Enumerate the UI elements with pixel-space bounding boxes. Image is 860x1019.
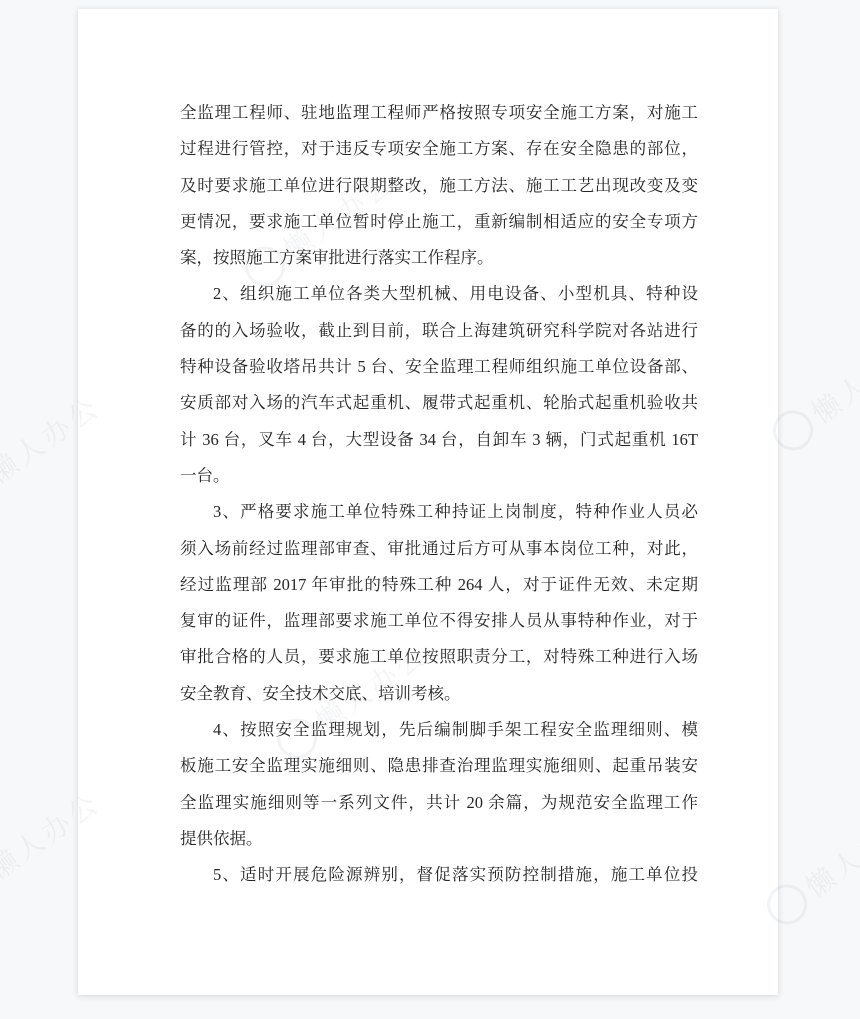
- text-line: 一台。: [180, 458, 698, 494]
- text-line: 3、严格要求施工单位特殊工种持证上岗制度，特种作业人员必: [180, 494, 698, 530]
- document-body: 全监理工程师、驻地监理工程师严格按照专项安全施工方案，对施工过程进行管控，对于违…: [180, 95, 698, 894]
- text-line: 4、按照安全监理规划，先后编制脚手架工程安全监理细则、模: [180, 712, 698, 748]
- paragraph: 全监理工程师、驻地监理工程师严格按照专项安全施工方案，对施工过程进行管控，对于违…: [180, 95, 698, 276]
- text-line: 特种设备验收塔吊共计 5 台、安全监理工程师组织施工单位设备部、: [180, 349, 698, 385]
- paragraph: 5、适时开展危险源辨别，督促落实预防控制措施，施工单位投: [180, 857, 698, 893]
- text-line: 板施工安全监理实施细则、隐患排查治理监理实施细则、起重吊装安: [180, 748, 698, 784]
- watermark-text: 懒人办公: [803, 326, 860, 432]
- text-line: 全监理工程师、驻地监理工程师严格按照专项安全施工方案，对施工: [180, 95, 698, 131]
- text-line: 2、组织施工单位各类大型机械、用电设备、小型机具、特种设: [180, 276, 698, 312]
- text-line: 计 36 台，叉车 4 台，大型设备 34 台，自卸车 3 辆，门式起重机 16…: [180, 422, 698, 458]
- watermark-text: 懒人办公: [797, 800, 860, 906]
- paragraph: 2、组织施工单位各类大型机械、用电设备、小型机具、特种设备的的入场验收，截止到目…: [180, 276, 698, 494]
- text-line: 过程进行管控，对于违反专项安全施工方案、存在安全隐患的部位，: [180, 131, 698, 167]
- text-line: 5、适时开展危险源辨别，督促落实预防控制措施，施工单位投: [180, 857, 698, 893]
- document-page: 全监理工程师、驻地监理工程师严格按照专项安全施工方案，对施工过程进行管控，对于违…: [78, 9, 778, 995]
- paragraph: 3、严格要求施工单位特殊工种持证上岗制度，特种作业人员必须入场前经过监理部审查、…: [180, 494, 698, 712]
- text-line: 须入场前经过监理部审查、审批通过后方可从事本岗位工种，对此，: [180, 531, 698, 567]
- text-line: 审批合格的人员，要求施工单位按照职责分工，对特殊工种进行入场: [180, 639, 698, 675]
- paragraph: 4、按照安全监理规划，先后编制脚手架工程安全监理细则、模板施工安全监理实施细则、…: [180, 712, 698, 857]
- text-line: 及时要求施工单位进行限期整改，施工方法、施工工艺出现改变及变: [180, 168, 698, 204]
- text-line: 更情况，要求施工单位暂时停止施工，重新编制相适应的安全专项方: [180, 204, 698, 240]
- text-line: 备的的入场验收，截止到目前，联合上海建筑研究科学院对各站进行: [180, 313, 698, 349]
- text-line: 安全教育、安全技术交底、培训考核。: [180, 676, 698, 712]
- text-line: 复审的证件，监理部要求施工单位不得安排人员从事特种作业，对于: [180, 603, 698, 639]
- screenshot-root: { "page": { "background": "#f7f8f9", "pa…: [0, 0, 860, 1019]
- text-line: 安质部对入场的汽车式起重机、履带式起重机、轮胎式起重机验收共: [180, 385, 698, 421]
- watermark: 懒人办公: [765, 326, 860, 459]
- text-line: 全监理实施细则等一系列文件，共计 20 余篇，为规范安全监理工作: [180, 785, 698, 821]
- text-line: 提供依据。: [180, 821, 698, 857]
- text-line: 案，按照施工方案审批进行落实工作程序。: [180, 240, 698, 276]
- text-line: 经过监理部 2017 年审批的特殊工种 264 人，对于证件无效、未定期: [180, 567, 698, 603]
